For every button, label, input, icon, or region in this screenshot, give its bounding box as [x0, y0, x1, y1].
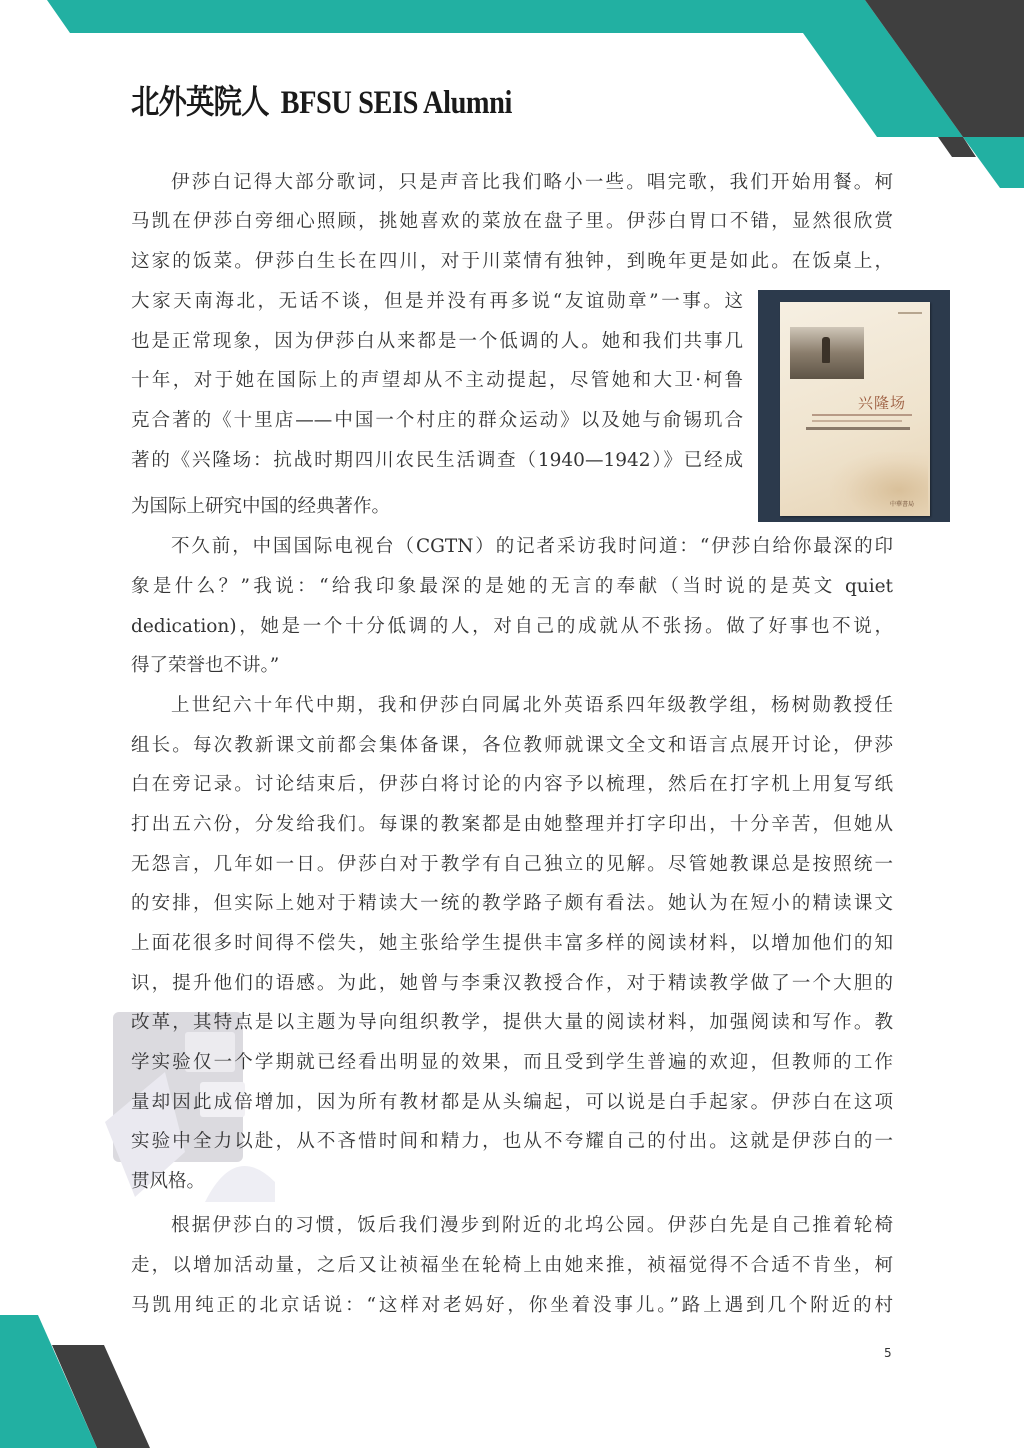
body-line: 量却因此成倍增加，因为所有教材都是从头编起，可以说是白手起家。伊莎白在这项	[131, 1089, 893, 1117]
body-line: 大家天南海北，无话不谈，但是并没有再多说“友谊勋章”一事。这	[131, 288, 743, 316]
body-line: 马凯在伊莎白旁细心照顾，挑她喜欢的菜放在盘子里。伊莎白胃口不错，显然很欣赏	[131, 208, 893, 236]
body-line: 的安排，但实际上她对于精读大一统的教学路子颇有看法。她认为在短小的精读课文	[131, 890, 893, 918]
body-line: 也是正常现象，因为伊莎白从来都是一个低调的人。她和我们共事几	[131, 328, 743, 356]
body-line: 著的《兴隆场：抗战时期四川农民生活调查（1940—1942）》已经成	[131, 447, 743, 475]
body-line: 这家的饭菜。伊莎白生长在四川，对于川菜情有独钟，到晚年更是如此。在饭桌上，	[131, 248, 893, 276]
body-line: 实验中全力以赴，从不吝惜时间和精力，也从不夸耀自己的付出。这就是伊莎白的一	[131, 1128, 893, 1156]
body-line: 上面花很多时间得不偿失，她主张给学生提供丰富多样的阅读材料，以增加他们的知	[131, 930, 893, 958]
body-line: 十年，对于她在国际上的声望却从不主动提起，尽管她和大卫·柯鲁	[131, 367, 743, 395]
book-cover-photo: 兴隆场 中華書局	[758, 290, 950, 522]
series-label	[898, 312, 922, 314]
book-title: 兴隆场	[858, 392, 906, 413]
body-line: dedication)，她是一个十分低调的人，对自己的成就从不张扬。做了好事也不…	[131, 613, 893, 641]
body-line: 贯风格。	[131, 1168, 205, 1196]
body-line: 马凯用纯正的北京话说：“这样对老妈好，你坐着没事儿。”路上遇到几个附近的村	[131, 1292, 893, 1320]
teal-tail-top-right	[963, 137, 1024, 188]
body-line: 伊莎白记得大部分歌词，只是声音比我们略小一些。唱完歌，我们开始用餐。柯	[171, 169, 893, 197]
title-chinese: 北外英院人	[131, 85, 269, 121]
page-title: 北外英院人BFSU SEIS Alumni	[131, 76, 512, 116]
body-line: 识，提升他们的语感。为此，她曾与李秉汉教授合作，对于精读教学做了一个大胆的	[131, 970, 893, 998]
body-line: 改革，其特点是以主题为导向组织教学，提供大量的阅读材料，加强阅读和写作。教	[131, 1009, 893, 1037]
body-line: 克合著的《十里店——中国一个村庄的群众运动》以及她与俞锡玑合	[131, 407, 743, 435]
body-line: 白在旁记录。讨论结束后，伊莎白将讨论的内容予以梳理，然后在打字机上用复写纸	[131, 771, 893, 799]
cover-subtitle-line	[812, 420, 902, 422]
cover-subtitle-line	[806, 427, 910, 430]
body-line: 不久前，中国国际电视台（CGTN）的记者采访我时问道：“伊莎白给你最深的印	[171, 533, 893, 561]
body-line: 根据伊莎白的习惯，饭后我们漫步到附近的北坞公园。伊莎白先是自己推着轮椅	[171, 1212, 893, 1240]
page-number: 5	[884, 1346, 892, 1360]
title-english: BFSU SEIS Alumni	[281, 85, 512, 121]
body-line: 学实验仅一个学期就已经看出明显的效果，而且受到学生普遍的欢迎，但教师的工作	[131, 1049, 893, 1077]
cover-photo	[790, 327, 864, 379]
body-line: 走，以增加活动量，之后又让祯福坐在轮椅上由她来推，祯福觉得不合适不肯坐，柯	[131, 1252, 893, 1280]
body-line: 组长。每次教新课文前都会集体备课，各位教师就课文全文和语言点展开讨论，伊莎	[131, 732, 893, 760]
body-line: 打出五六份，分发给我们。每课的教案都是由她整理并打字印出，十分辛苦，但她从	[131, 811, 893, 839]
book-cover: 兴隆场 中華書局	[780, 302, 930, 516]
body-line: 为国际上研究中国的经典著作。	[131, 493, 390, 521]
cover-subtitle-line	[812, 414, 912, 416]
body-line: 无怨言，几年如一日。伊莎白对于教学有自己独立的见解。尽管她教课总是按照统一	[131, 851, 893, 879]
publisher-logo: 中華書局	[890, 499, 914, 508]
body-line: 得了荣誉也不讲。”	[131, 652, 279, 680]
body-line: 上世纪六十年代中期，我和伊莎白同属北外英语系四年级教学组，杨树勋教授任	[171, 692, 893, 720]
footer-decoration	[0, 1300, 200, 1448]
body-line: 象是什么？”我说：“给我印象最深的是她的无言的奉献（当时说的是英文 quiet	[131, 573, 893, 601]
